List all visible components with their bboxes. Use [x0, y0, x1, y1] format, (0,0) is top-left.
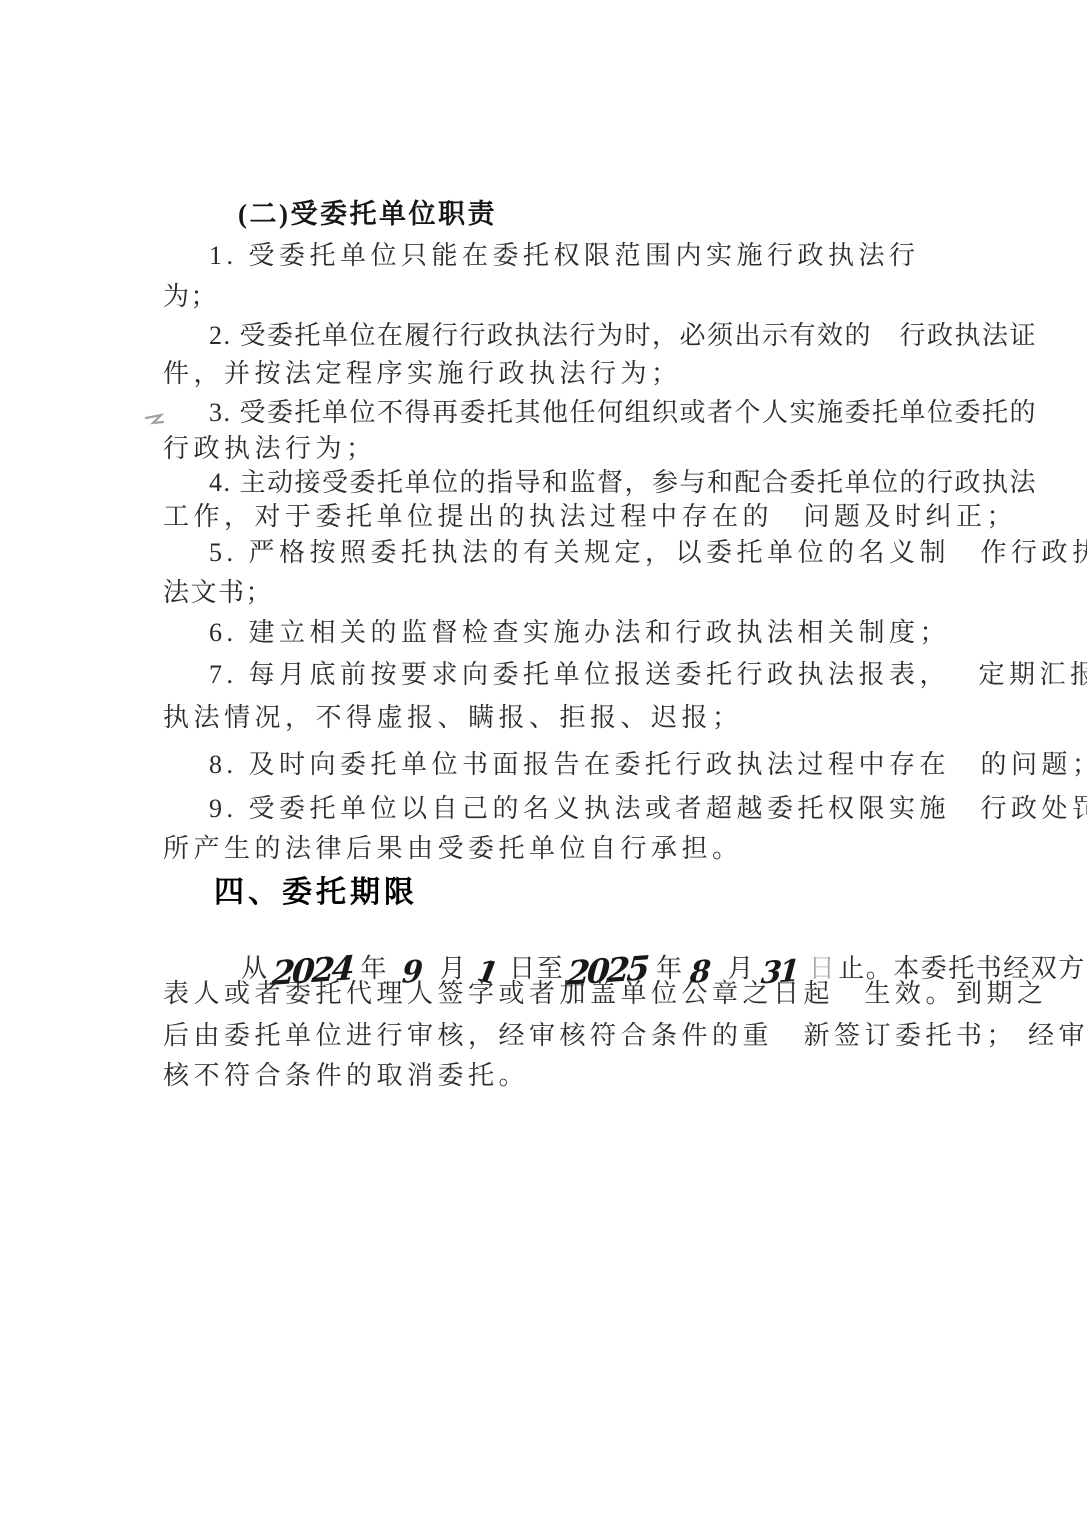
section-heading-delegation-period: 四、委托期限	[214, 876, 1074, 910]
document-page: (二)受委托单位职责 1. 受委托单位只能在委托权限范围内实施行政执法行 为； …	[0, 0, 1087, 1527]
period-paragraph-line-4: 核不符合条件的取消委托。	[163, 1059, 1023, 1093]
clause-1-line-1: 1. 受委托单位只能在委托权限范围内实施行政执法行	[209, 239, 1069, 273]
scan-artifact-mark	[144, 413, 170, 433]
clause-4-line-1: 4. 主动接受委托单位的指导和监督，参与和配合委托单位的行政执法	[209, 466, 1069, 500]
clause-9-line-2: 所产生的法律后果由受委托单位自行承担。	[163, 832, 1023, 866]
clause-5-line-1: 5. 严格按照委托执法的有关规定，以委托单位的名义制 作行政执	[209, 536, 1069, 570]
clause-3-line-1: 3. 受委托单位不得再委托其他任何组织或者个人实施委托单位委托的	[209, 396, 1069, 430]
clause-7-line-2: 执法情况，不得虚报、瞒报、拒报、迟报；	[163, 701, 1023, 735]
clause-6-line-1: 6. 建立相关的监督检查实施办法和行政执法相关制度；	[209, 616, 1069, 650]
clause-1-line-2: 为；	[163, 280, 1023, 314]
clause-9-line-1: 9. 受委托单位以自己的名义执法或者超越委托权限实施 行政处罚	[209, 792, 1069, 826]
period-paragraph-line-2: 表人或者委托代理人签字或者加盖单位公章之日起 生效。到期之	[163, 977, 1023, 1011]
clause-2-line-2: 件，并按法定程序实施行政执法行为；	[163, 357, 1023, 391]
period-paragraph-line-3: 后由委托单位进行审核，经审核符合条件的重 新签订委托书； 经审	[163, 1019, 1023, 1053]
clause-5-line-2: 法文书；	[163, 576, 1023, 610]
clause-7-line-1: 7. 每月底前按要求向委托单位报送委托行政执法报表， 定期汇报	[209, 658, 1069, 692]
clause-8-line-1: 8. 及时向委托单位书面报告在委托行政执法过程中存在 的问题；	[209, 748, 1069, 782]
clause-4-line-2: 工作，对于委托单位提出的执法过程中存在的 问题及时纠正；	[163, 500, 1023, 534]
clause-2-line-1: 2. 受委托单位在履行行政执法行为时，必须出示有效的 行政执法证	[209, 319, 1069, 353]
subsection-heading-responsibilities: (二)受委托单位职责	[238, 197, 1087, 231]
clause-3-line-2: 行政执法行为；	[163, 432, 1023, 466]
